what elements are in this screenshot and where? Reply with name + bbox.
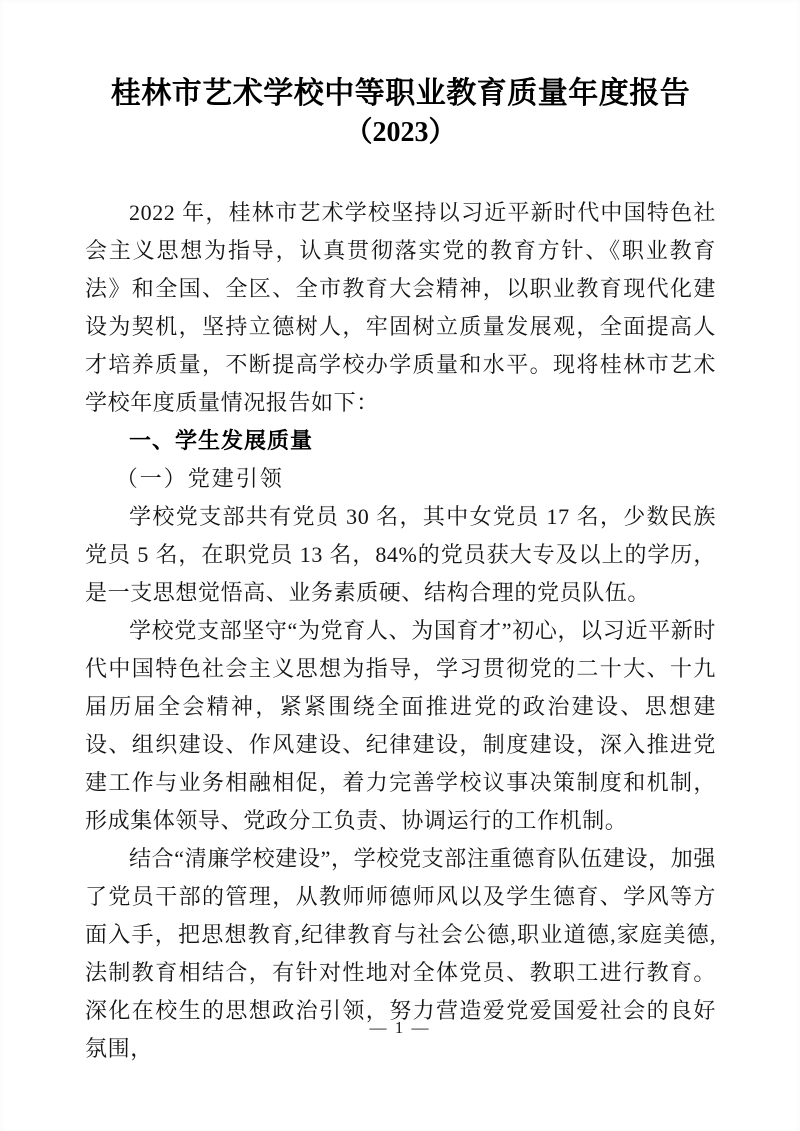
page-number: — 1 — <box>0 1018 800 1038</box>
document-page: 桂林市艺术学校中等职业教育质量年度报告 （2023） 2022 年，桂林市艺术学… <box>0 0 800 1131</box>
body-paragraph-party-branch: 学校党支部坚守“为党育人、为国育才”初心，以习近平新时代中国特色社会主义思想为指… <box>85 612 716 840</box>
page-title: 桂林市艺术学校中等职业教育质量年度报告 <box>85 0 716 114</box>
section-heading-student-development: 一、学生发展质量 <box>85 422 716 460</box>
intro-paragraph: 2022 年，桂林市艺术学校坚持以习近平新时代中国特色社会主义思想为指导，认真贯… <box>85 194 716 422</box>
subsection-heading-party-building: （一）党建引领 <box>85 460 716 498</box>
body-paragraph-party-members: 学校党支部共有党员 30 名，其中女党员 17 名，少数民族党员 5 名，在职党… <box>85 498 716 612</box>
document-content: 桂林市艺术学校中等职业教育质量年度报告 （2023） 2022 年，桂林市艺术学… <box>85 0 716 1068</box>
page-subtitle: （2023） <box>85 114 716 152</box>
